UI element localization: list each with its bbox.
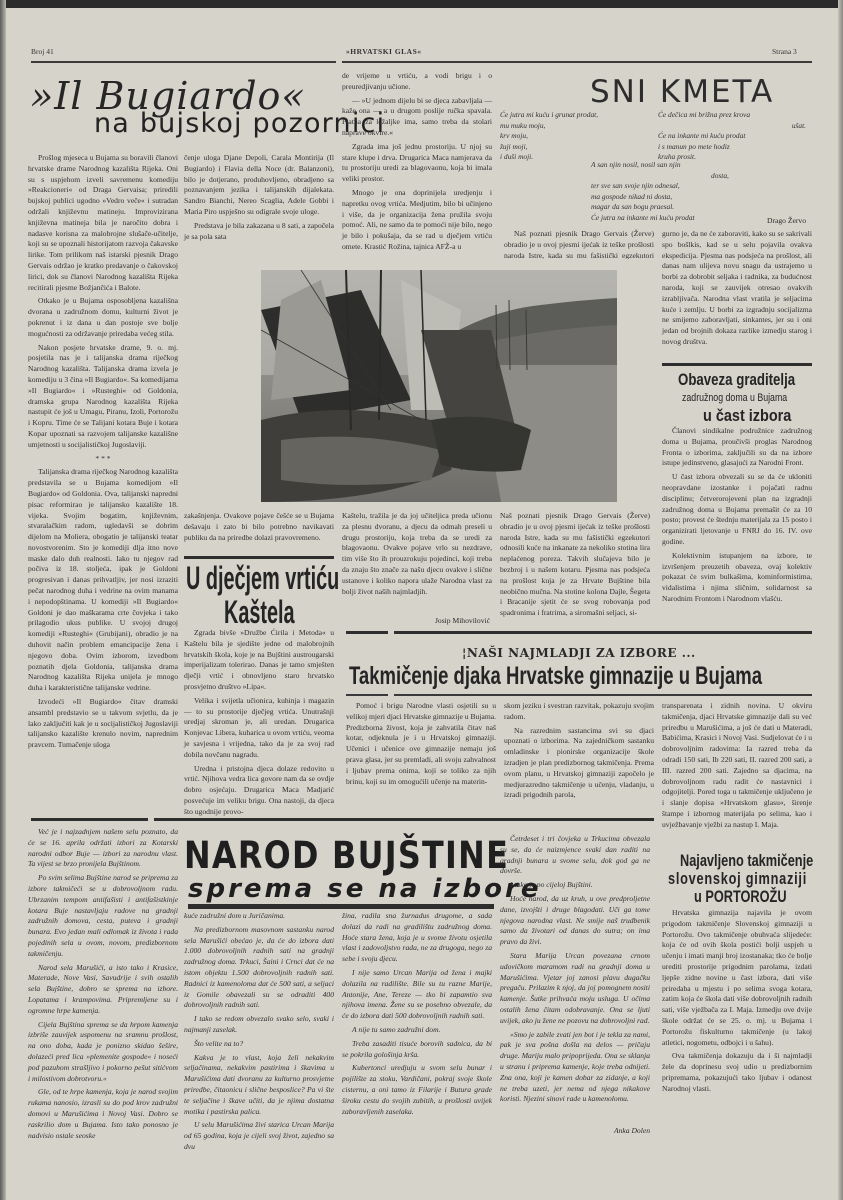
- section-divider: [346, 631, 388, 634]
- newspaper-page: Broj 41 »HRVATSKI GLAS« Strana 3 »Il Bug…: [6, 8, 838, 1200]
- article-vrtic-column-1: Zgrada bivše »Družbe Ćirila i Metoda« u …: [184, 628, 334, 821]
- article-title-portoroz: Najavljeno takmičenje: [680, 851, 813, 871]
- header-rule: [31, 61, 336, 63]
- poem-commentary-left-bottom: Naš poznati pjesnik Drago Gervais (Žerve…: [500, 511, 650, 621]
- article-subtitle-portoroz: slovenskoj gimnaziji: [668, 869, 807, 889]
- poem-title: SNI KMETA: [590, 74, 774, 110]
- article-narod-column-4: Četrdeset i tri čovjeka u Trkucima obvez…: [500, 834, 650, 1108]
- poem-commentary-left-top: Naš poznati pjesnik Drago Gervais (Žerve…: [504, 229, 654, 259]
- article-bugiardo-column-2-end: zakašnjenja. Ovakove pojave češće se u B…: [184, 511, 334, 546]
- article-takmicenje-column-3: transparenata i zidnih novina. U okviru …: [662, 701, 812, 834]
- article-subtitle-portoroz-2: u PORTOROŽU: [694, 887, 787, 907]
- article-title-vrtic: U dječjem vrtiću: [186, 560, 339, 597]
- section-divider: [31, 818, 148, 821]
- article-subtitle-vrtic: Kaštela: [224, 594, 295, 631]
- harbor-photo: [261, 270, 617, 502]
- section-divider: [184, 556, 334, 559]
- poem-author: Drago Žervo: [686, 216, 806, 225]
- article-vrtic-continued-top: de vrijeme u vrtiću, a vodi brigu i o pr…: [342, 71, 492, 256]
- sailboats-photo-illustration: [261, 270, 617, 502]
- article-vrtic-column-2-end: Kaštelu, tražila je da joj učiteljica pr…: [342, 511, 492, 600]
- section-divider: [154, 818, 654, 821]
- narod-author: Anka Dolen: [546, 1126, 650, 1135]
- article-bugiardo-column-2: čenje uloga Djane Depoli, Carala Montiri…: [184, 153, 334, 245]
- section-divider: [188, 904, 494, 909]
- section-divider: [662, 363, 812, 366]
- section-divider: [346, 694, 388, 696]
- article-narod-column-1: Već je i najzadnjem našem selu poznato, …: [28, 827, 178, 1144]
- article-bugiardo-column-1: Prošlog mjeseca u Bujama su boravili čla…: [28, 153, 178, 754]
- article-subtitle-obaveza-2: u čast izbora: [703, 406, 791, 426]
- section-divider: [394, 694, 812, 696]
- article-subtitle-narod: sprema se na izbore: [188, 874, 541, 904]
- issue-number: Broj 41: [31, 47, 54, 56]
- article-subtitle-obaveza: zadružnog doma u Bujama: [682, 392, 787, 404]
- poem-stanza-2: Će dečica mi brižna prez krova ušat. Će …: [658, 110, 806, 163]
- page-number: Strana 3: [772, 47, 797, 56]
- article-takmicenje-column-2: skom jeziku i svestran razvitak, pokazuj…: [504, 701, 654, 804]
- article-title-narod: NAROD BUJŠTINE: [184, 834, 509, 877]
- takmicenje-kicker: ¦NAŠI NAJMLADJI ZA IZBORE ...: [462, 646, 696, 660]
- publication-name: »HRVATSKI GLAS«: [346, 47, 422, 56]
- article-title-obaveza: Obaveza graditelja: [678, 370, 795, 390]
- section-divider: [394, 631, 812, 634]
- article-narod-column-2: kuće zadružni dom u Juričanima. Na predi…: [184, 911, 334, 1156]
- scan-right-edge: [838, 0, 843, 1200]
- article-takmicenje-column-1: Pomoć i brigu Narodne vlasti osjetili su…: [346, 701, 496, 790]
- article-title-takmicenje: Takmičenje djaka Hrvatske gimnazije u Bu…: [349, 662, 762, 691]
- poem-commentary-right: gurno je, da ne će zaboraviti, kako su s…: [662, 229, 812, 351]
- header-rule: [342, 61, 812, 63]
- poem-stanza-1: Će jutra mi kuću i grunat prodat, mu muk…: [500, 110, 640, 163]
- poem-stanza-3: A san njin nosil, nosil san njin dosta, …: [591, 160, 761, 223]
- article-portoroz-body: Hrvatska gimnazija najavila je ovom prig…: [662, 908, 812, 1098]
- article-obaveza-body: Članovi sindikalne podružnice zadružnog …: [662, 426, 812, 608]
- scan-top-border: [0, 0, 843, 8]
- vrtic-author: Josip Mihovilović: [406, 616, 490, 625]
- article-narod-column-3: žina, radila sna žurnadus drugome, a sad…: [342, 911, 492, 1120]
